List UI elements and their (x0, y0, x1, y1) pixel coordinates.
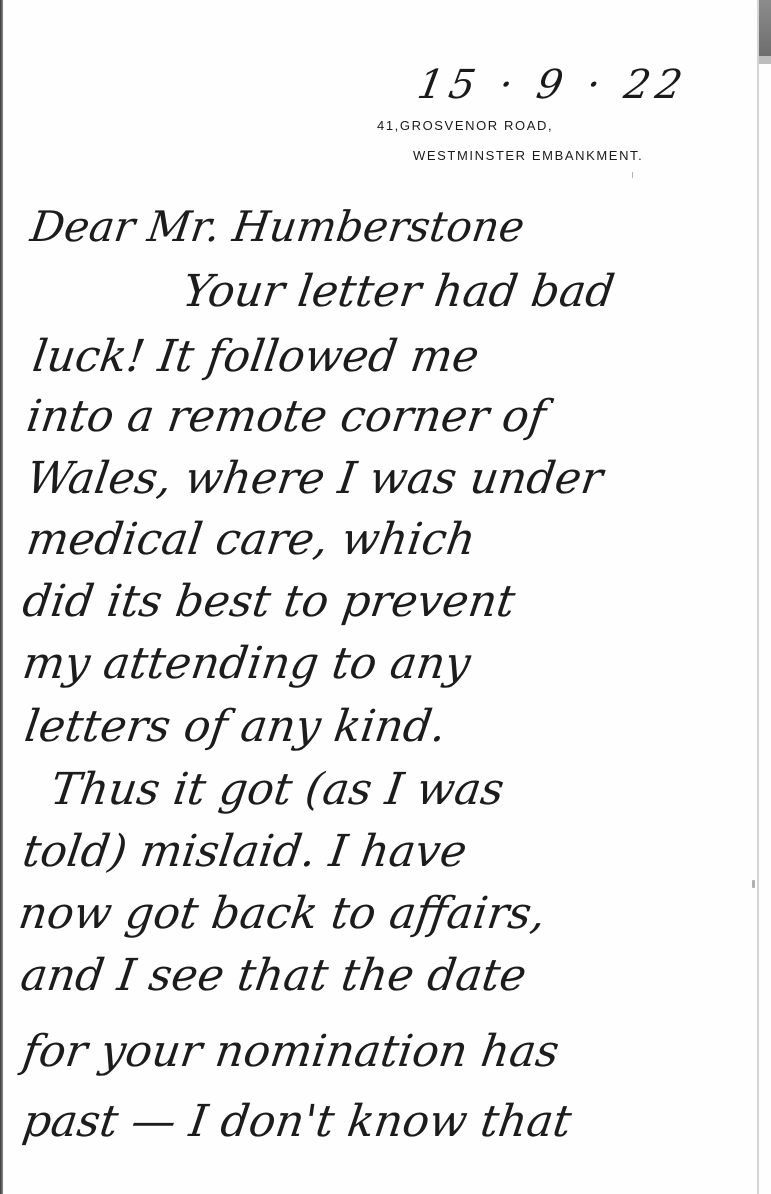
scan-corner-strip-tail (759, 56, 771, 64)
body-line: into a remote corner of (24, 395, 548, 439)
body-line: past — I don't know that (20, 1100, 574, 1144)
salutation: Dear Mr. Humberstone (28, 206, 527, 248)
paper-speck (752, 880, 755, 888)
body-line: Thus it got (as I was (48, 768, 507, 812)
handwritten-date: 15 · 9 · 22 (414, 62, 692, 108)
body-line: for your nomination has (20, 1030, 562, 1074)
body-line: told) mislaid. I have (20, 830, 469, 874)
letter-page: 15 · 9 · 22 41,GROSVENOR ROAD, WESTMINST… (0, 0, 771, 1194)
scan-corner-strip (759, 0, 771, 56)
body-line: letters of any kind. (22, 705, 449, 749)
page-right-edge (757, 0, 759, 1194)
letterhead-address-line2: WESTMINSTER EMBANKMENT. (413, 148, 643, 163)
body-line: and I see that the date (18, 954, 529, 998)
body-line: now got back to affairs, (16, 892, 548, 936)
body-line: my attending to any (20, 642, 473, 686)
body-line: Wales, where I was under (24, 457, 605, 501)
letterhead-address-line1: 41,GROSVENOR ROAD, (377, 118, 553, 133)
body-line: medical care, which (24, 518, 478, 562)
body-line: did its best to prevent (20, 580, 518, 624)
page-left-edge-shadow (0, 0, 3, 1194)
paper-speck (632, 172, 633, 178)
body-line: luck! It followed me (30, 335, 482, 379)
body-line: Your letter had bad (180, 270, 617, 314)
